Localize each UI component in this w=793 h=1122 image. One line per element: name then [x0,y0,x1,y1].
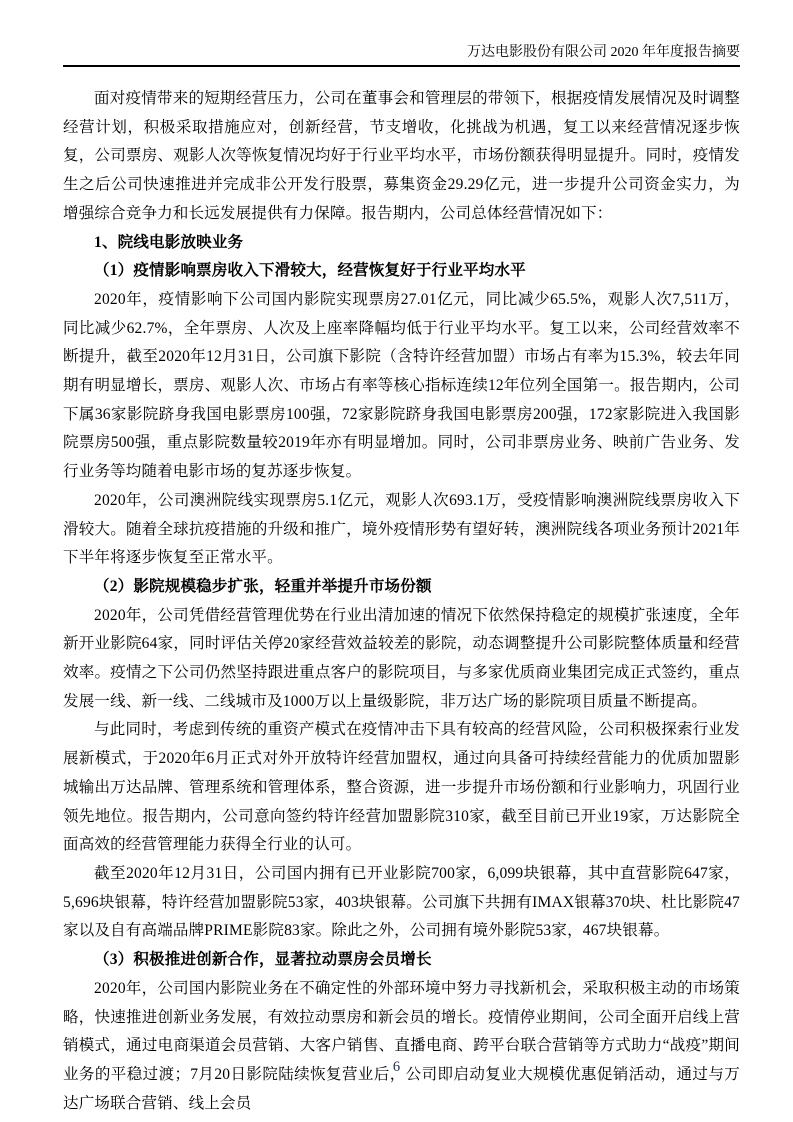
subsection-heading-3-innovation-cooperation: （3）积极推进创新合作，显著拉动票房会员增长 [63,946,740,975]
header-rule [63,65,740,67]
subsection-heading-2-scale-expansion: （2）影院规模稳步扩张，轻重并举提升市场份额 [63,573,740,602]
report-page: 万达电影股份有限公司 2020 年年度报告摘要 面对疫情带来的短期经营压力，公司… [0,0,793,1122]
subsection-heading-1-pandemic-impact: （1）疫情影响票房收入下滑较大，经营恢复好于行业平均水平 [63,257,740,286]
body-paragraph-overview: 面对疫情带来的短期经营压力，公司在董事会和管理层的带领下，根据疫情发展情况及时调… [63,85,740,229]
body-paragraph-franchise-model: 与此同时，考虑到传统的重资产模式在疫情冲击下具有较高的经营风险，公司积极探索行业… [63,716,740,860]
page-footer: 6 [0,1056,793,1078]
section-heading-cinema-exhibition: 1、院线电影放映业务 [63,229,740,258]
body-paragraph-expansion: 2020年，公司凭借经营管理优势在行业出清加速的情况下依然保持稳定的规模扩张速度… [63,602,740,717]
body-paragraph-australia-cinema: 2020年，公司澳洲院线实现票房5.1亿元，观影人次693.1万，受疫情影响澳洲… [63,487,740,573]
body-paragraph-domestic-boxoffice: 2020年，疫情影响下公司国内影院实现票房27.01亿元，同比减少65.5%，观… [63,286,740,487]
body-paragraph-marketing-innovation: 2020年，公司国内影院业务在不确定性的外部环境中努力寻找新机会，采取积极主动的… [63,975,740,1119]
page-number: 6 [393,1059,400,1075]
header-title: 万达电影股份有限公司 2020 年年度报告摘要 [467,45,740,60]
document-body: 面对疫情带来的短期经营压力，公司在董事会和管理层的带领下，根据疫情发展情况及时调… [63,85,740,1118]
body-paragraph-screen-counts: 截至2020年12月31日，公司国内拥有已开业影院700家，6,099块银幕，其… [63,860,740,946]
page-header: 万达电影股份有限公司 2020 年年度报告摘要 [63,44,740,62]
